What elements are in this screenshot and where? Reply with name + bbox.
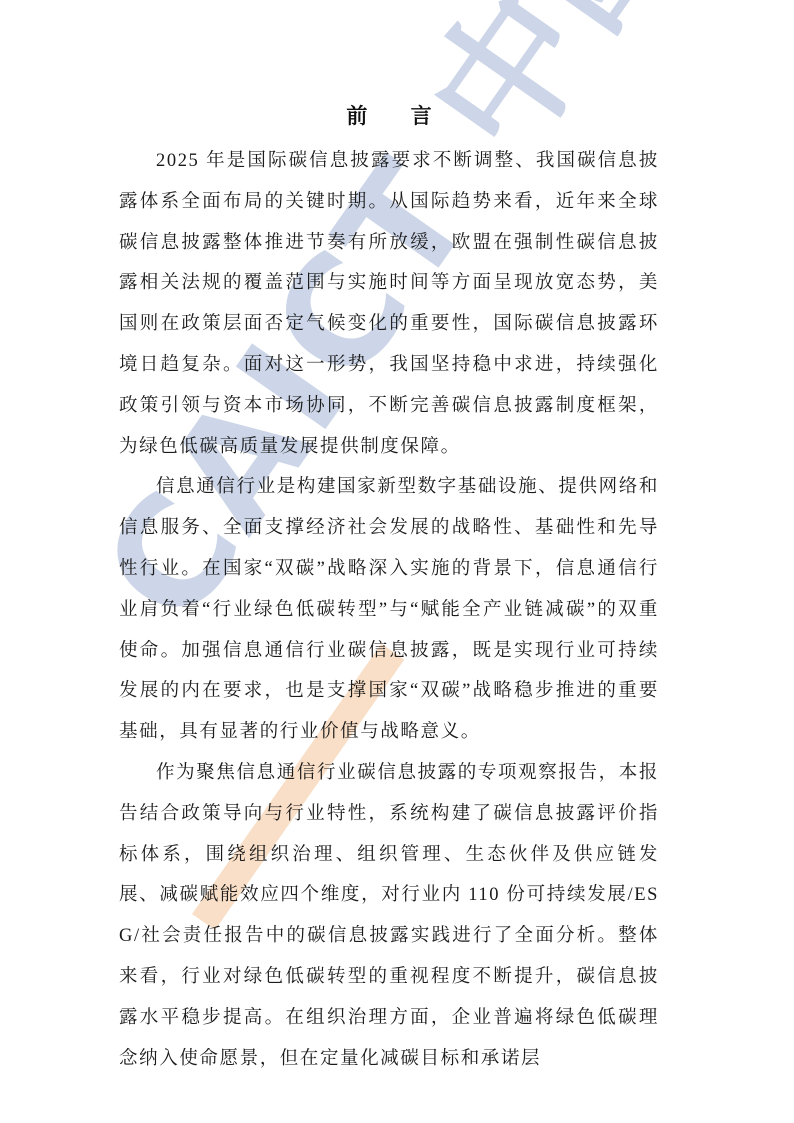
paragraph-1: 2025 年是国际碳信息披露要求不断调整、我国碳信息披露体系全面布局的关键时期。… (119, 141, 659, 467)
document-body: 2025 年是国际碳信息披露要求不断调整、我国碳信息披露体系全面布局的关键时期。… (119, 141, 659, 1079)
paragraph-3: 作为聚焦信息通信行业碳信息披露的专项观察报告，本报告结合政策导向与行业特性，系统… (119, 753, 659, 1079)
page-title: 前 言 (119, 100, 659, 130)
paragraph-2: 信息通信行业是构建国家新型数字基础设施、提供网络和信息服务、全面支撑经济社会发展… (119, 467, 659, 753)
